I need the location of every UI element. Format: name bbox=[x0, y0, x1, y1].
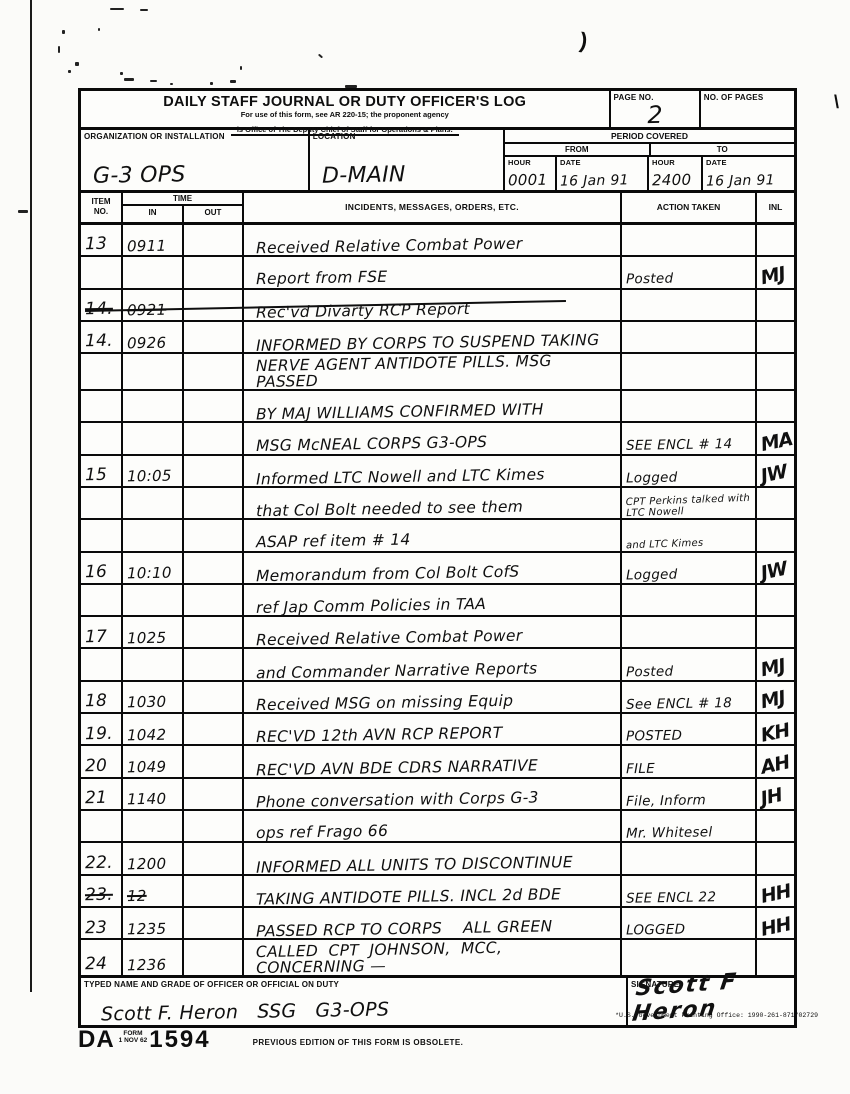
row-action: CPT Perkins talked with LTC Nowell bbox=[626, 493, 752, 519]
row-action-cell bbox=[622, 585, 757, 615]
row-time-out-cell bbox=[184, 391, 244, 421]
row-action-cell: File, Inform bbox=[622, 779, 757, 809]
journal-row: 19. 1042 REC'VD 12th AVN RCP REPORT POST… bbox=[81, 714, 794, 746]
row-action-cell: FILE bbox=[622, 746, 757, 776]
from-hour-cell: HOUR 0001 bbox=[505, 157, 557, 190]
time-in-label: IN bbox=[123, 206, 184, 222]
scan-noise bbox=[124, 78, 134, 81]
row-inl-cell: MA bbox=[757, 423, 794, 453]
da-word: DA bbox=[78, 1026, 115, 1054]
row-text: Informed LTC Nowell and LTC Kimes bbox=[248, 466, 545, 487]
row-inl-cell bbox=[757, 391, 794, 421]
row-action: POSTED bbox=[626, 729, 683, 744]
row-time-in-cell: 1049 bbox=[123, 746, 184, 776]
row-item-cell: 17 bbox=[81, 617, 123, 647]
row-incident-cell: PASSED RCP TO CORPS ALL GREEN bbox=[244, 908, 622, 938]
row-action: Mr. Whitesel bbox=[626, 826, 713, 842]
row-action-cell bbox=[622, 290, 757, 320]
row-time-in-cell bbox=[123, 520, 184, 550]
row-item-cell bbox=[81, 520, 123, 550]
to-hour-value: 2400 bbox=[652, 171, 692, 190]
row-incident-cell: Report from FSE bbox=[244, 257, 622, 287]
row-time-out-cell bbox=[184, 520, 244, 550]
page-no-value: 2 bbox=[610, 100, 699, 130]
organization-cell: ORGANIZATION OR INSTALLATION G-3 OPS bbox=[81, 130, 310, 190]
row-inl-cell: MJ bbox=[757, 682, 794, 712]
row-inl-cell: HH bbox=[757, 908, 794, 938]
row-time-in-cell: 1236 bbox=[123, 940, 184, 975]
row-item-cell: 18 bbox=[81, 682, 123, 712]
row-action-cell: See ENCL # 18 bbox=[622, 682, 757, 712]
row-time-in-cell: 1140 bbox=[123, 779, 184, 809]
row-incident-cell: NERVE AGENT ANTIDOTE PILLS. MSG PASSED bbox=[244, 354, 622, 389]
journal-row: and Commander Narrative Reports Posted M… bbox=[81, 649, 794, 681]
title-band: DAILY STAFF JOURNAL OR DUTY OFFICER'S LO… bbox=[81, 91, 794, 130]
row-text: ops ref Frago 66 bbox=[248, 823, 388, 842]
row-inl-cell: MJ bbox=[757, 257, 794, 287]
row-time-in: 10:05 bbox=[127, 469, 172, 486]
row-inl: AH bbox=[759, 753, 791, 778]
row-text: TAKING ANTIDOTE PILLS. INCL 2d BDE bbox=[248, 886, 561, 908]
scan-noise bbox=[240, 66, 242, 70]
row-text: Memorandum from Col Bolt CofS bbox=[248, 563, 520, 584]
row-time-out-cell bbox=[184, 423, 244, 453]
journal-row: MSG McNEAL CORPS G3-OPS SEE ENCL # 14 MA bbox=[81, 423, 794, 455]
row-item-cell: 21 bbox=[81, 779, 123, 809]
organization-value: G-3 OPS bbox=[93, 162, 186, 189]
row-time-in-cell: 10:10 bbox=[123, 553, 184, 583]
scan-noise bbox=[98, 28, 100, 31]
row-action-cell: Logged bbox=[622, 553, 757, 583]
col-header-inl: INL bbox=[757, 193, 794, 222]
journal-row: 13 0911 Received Relative Combat Power bbox=[81, 225, 794, 257]
row-action-cell: Mr. Whitesel bbox=[622, 811, 757, 841]
journal-row: Report from FSE Posted MJ bbox=[81, 257, 794, 289]
row-inl: HH bbox=[759, 915, 792, 941]
row-incident-cell: BY MAJ WILLIAMS CONFIRMED WITH bbox=[244, 391, 622, 421]
row-text: Received MSG on missing Equip bbox=[248, 693, 514, 714]
row-inl-cell: AH bbox=[757, 746, 794, 776]
row-incident-cell: Memorandum from Col Bolt CofS bbox=[244, 553, 622, 583]
row-incident-cell: Received Relative Combat Power bbox=[244, 225, 622, 255]
row-item-cell bbox=[81, 391, 123, 421]
row-action-cell: POSTED bbox=[622, 714, 757, 744]
row-time-out-cell bbox=[184, 322, 244, 352]
row-time-in: 1025 bbox=[127, 630, 167, 646]
form-subtitle-1: For use of this form, see AR 220-15; the… bbox=[81, 110, 609, 119]
row-item: 19. bbox=[85, 725, 113, 743]
row-action-cell bbox=[622, 322, 757, 352]
row-inl-cell bbox=[757, 520, 794, 550]
row-item-cell bbox=[81, 257, 123, 287]
row-inl-cell: KH bbox=[757, 714, 794, 744]
row-incident-cell: Received Relative Combat Power bbox=[244, 617, 622, 647]
row-action: Logged bbox=[626, 470, 678, 485]
row-time-in-cell: 10:05 bbox=[123, 456, 184, 486]
row-action-cell bbox=[622, 391, 757, 421]
organization-label: ORGANIZATION OR INSTALLATION bbox=[81, 130, 308, 143]
row-action-cell: Posted bbox=[622, 257, 757, 287]
form-number: 1594 bbox=[149, 1026, 210, 1054]
row-time-in: 0926 bbox=[127, 335, 167, 351]
row-item-cell: 19. bbox=[81, 714, 123, 744]
row-text: and Commander Narrative Reports bbox=[248, 660, 538, 681]
row-text: Report from FSE bbox=[248, 269, 388, 288]
row-time-out-cell bbox=[184, 682, 244, 712]
row-text: MSG McNEAL CORPS G3-OPS bbox=[248, 434, 488, 454]
row-inl: KH bbox=[759, 721, 791, 746]
scan-noise bbox=[110, 8, 124, 10]
row-time-out-cell bbox=[184, 714, 244, 744]
scan-noise bbox=[68, 70, 71, 73]
row-inl: MJ bbox=[759, 264, 787, 288]
row-action: File, Inform bbox=[626, 793, 706, 809]
row-text: CALLED CPT JOHNSON, MCC, CONCERNING — bbox=[248, 938, 617, 977]
row-time-in-cell bbox=[123, 649, 184, 679]
row-item-cell bbox=[81, 585, 123, 615]
row-time-in-cell: 12 bbox=[123, 876, 184, 906]
pen-mark-backslash: \ bbox=[834, 92, 839, 113]
row-incident-cell: and Commander Narrative Reports bbox=[244, 649, 622, 679]
org-band: ORGANIZATION OR INSTALLATION G-3 OPS LOC… bbox=[81, 130, 794, 193]
from-hour-label: HOUR bbox=[505, 157, 555, 170]
row-time-out-cell bbox=[184, 843, 244, 873]
row-time-out-cell bbox=[184, 354, 244, 389]
row-action: Posted bbox=[626, 664, 674, 679]
row-incident-cell: TAKING ANTIDOTE PILLS. INCL 2d BDE bbox=[244, 876, 622, 906]
journal-row: 23. 12 TAKING ANTIDOTE PILLS. INCL 2d BD… bbox=[81, 876, 794, 908]
row-inl-cell: HH bbox=[757, 876, 794, 906]
scan-noise bbox=[140, 9, 148, 11]
row-item-cell: 14. bbox=[81, 322, 123, 352]
time-label: TIME bbox=[123, 193, 242, 206]
row-time-in: 1200 bbox=[127, 857, 167, 873]
row-item: 20 bbox=[85, 758, 108, 776]
row-inl-cell bbox=[757, 290, 794, 320]
scan-noise bbox=[18, 210, 28, 213]
from-date-value: 16 Jan 91 bbox=[560, 172, 629, 189]
row-item-cell: 24 bbox=[81, 940, 123, 975]
row-text: ref Jap Comm Policies in TAA bbox=[248, 596, 486, 616]
row-action: Posted bbox=[626, 272, 674, 287]
row-inl-cell: MJ bbox=[757, 649, 794, 679]
row-item: 21 bbox=[85, 790, 108, 808]
form-word: FORM bbox=[123, 1030, 142, 1037]
row-action-cell: LOGGED bbox=[622, 908, 757, 938]
pen-mark-paren: ) bbox=[578, 28, 589, 55]
row-time-in-cell: 0921 bbox=[123, 290, 184, 320]
form-date: 1 NOV 62 bbox=[119, 1037, 148, 1044]
row-time-in-cell bbox=[123, 488, 184, 518]
row-time-in-cell: 1030 bbox=[123, 682, 184, 712]
row-item-cell: 15 bbox=[81, 456, 123, 486]
row-item: 14. bbox=[85, 301, 113, 319]
row-action-cell: and LTC Kimes bbox=[622, 520, 757, 550]
row-action-cell: CPT Perkins talked with LTC Nowell bbox=[622, 488, 757, 518]
journal-row: ref Jap Comm Policies in TAA bbox=[81, 585, 794, 617]
row-time-in: 1042 bbox=[127, 727, 167, 743]
row-text: that Col Bolt needed to see them bbox=[248, 499, 523, 520]
typed-name-cell: TYPED NAME AND GRADE OF OFFICER OR OFFIC… bbox=[81, 978, 628, 1025]
row-item: 15 bbox=[85, 467, 108, 485]
row-time-out-cell bbox=[184, 940, 244, 975]
row-time-in-cell bbox=[123, 391, 184, 421]
row-incident-cell: ops ref Frago 66 bbox=[244, 811, 622, 841]
typed-name-label: TYPED NAME AND GRADE OF OFFICER OR OFFIC… bbox=[81, 978, 626, 991]
to-date-value: 16 Jan 91 bbox=[706, 172, 775, 189]
location-label: LOCATION bbox=[310, 130, 503, 143]
row-inl-cell: JW bbox=[757, 553, 794, 583]
period-covered-cell: PERIOD COVERED FROM TO HOUR 0001 DATE 16… bbox=[505, 130, 794, 190]
location-value: D-MAIN bbox=[322, 162, 406, 188]
page-no-cell: PAGE NO. 2 bbox=[611, 91, 701, 127]
row-time-in: 12 bbox=[127, 889, 147, 905]
row-text: REC'VD 12th AVN RCP REPORT bbox=[248, 725, 503, 746]
row-action: See ENCL # 18 bbox=[626, 696, 732, 712]
to-label: TO bbox=[651, 144, 795, 155]
row-item-cell: 13 bbox=[81, 225, 123, 255]
to-hour-label: HOUR bbox=[649, 157, 701, 170]
journal-row: 16 10:10 Memorandum from Col Bolt CofS L… bbox=[81, 553, 794, 585]
row-time-in-cell: 0911 bbox=[123, 225, 184, 255]
row-inl-cell bbox=[757, 488, 794, 518]
row-inl: HH bbox=[759, 882, 792, 908]
journal-row: 22. 1200 INFORMED ALL UNITS TO DISCONTIN… bbox=[81, 843, 794, 875]
scan-noise bbox=[170, 83, 173, 85]
row-inl: JW bbox=[759, 462, 789, 487]
journal-row: NERVE AGENT ANTIDOTE PILLS. MSG PASSED bbox=[81, 354, 794, 391]
row-item-cell bbox=[81, 488, 123, 518]
row-item: 23 bbox=[85, 919, 108, 937]
row-action-cell bbox=[622, 225, 757, 255]
from-date-label: DATE bbox=[557, 157, 647, 170]
row-incident-cell: Rec'vd Divarty RCP Report bbox=[244, 290, 622, 320]
no-of-pages-label: NO. OF PAGES bbox=[701, 91, 794, 104]
row-action: LOGGED bbox=[626, 923, 686, 938]
row-incident-cell: Received MSG on missing Equip bbox=[244, 682, 622, 712]
row-action-cell bbox=[622, 617, 757, 647]
obsolete-note: PREVIOUS EDITION OF THIS FORM IS OBSOLET… bbox=[253, 1038, 464, 1047]
row-inl-cell bbox=[757, 225, 794, 255]
row-item: 24 bbox=[85, 956, 108, 974]
form-edition-date: FORM 1 NOV 62 bbox=[119, 1030, 148, 1044]
row-inl-cell bbox=[757, 322, 794, 352]
row-incident-cell: REC'VD AVN BDE CDRS NARRATIVE bbox=[244, 746, 622, 776]
row-text: BY MAJ WILLIAMS CONFIRMED WITH bbox=[248, 401, 544, 422]
row-incident-cell: MSG McNEAL CORPS G3-OPS bbox=[244, 423, 622, 453]
row-time-in: 0911 bbox=[127, 238, 167, 254]
scan-noise bbox=[75, 62, 79, 66]
row-inl-cell: JW bbox=[757, 456, 794, 486]
row-inl-cell bbox=[757, 354, 794, 389]
row-item-cell bbox=[81, 811, 123, 841]
row-incident-cell: CALLED CPT JOHNSON, MCC, CONCERNING — bbox=[244, 940, 622, 975]
journal-row: 14. 0921 Rec'vd Divarty RCP Report bbox=[81, 290, 794, 322]
row-time-in-cell: 1042 bbox=[123, 714, 184, 744]
item-label-line2: NO. bbox=[81, 207, 121, 217]
row-item-cell: 20 bbox=[81, 746, 123, 776]
gpo-imprint: *U.S. Government Printing Office: 1990-2… bbox=[615, 1012, 818, 1019]
row-time-out-cell bbox=[184, 257, 244, 287]
row-time-in: 1049 bbox=[127, 760, 167, 776]
col-header-incidents: INCIDENTS, MESSAGES, ORDERS, ETC. bbox=[244, 193, 622, 222]
scan-noise bbox=[150, 80, 157, 82]
row-text: NERVE AGENT ANTIDOTE PILLS. MSG PASSED bbox=[248, 352, 617, 391]
row-time-out-cell bbox=[184, 811, 244, 841]
column-header-row: ITEM NO. TIME IN OUT INCIDENTS, MESSAGES… bbox=[81, 193, 794, 225]
row-incident-cell: Phone conversation with Corps G-3 bbox=[244, 779, 622, 809]
from-date-cell: DATE 16 Jan 91 bbox=[557, 157, 649, 190]
row-item: 14. bbox=[85, 333, 113, 351]
col-header-time: TIME IN OUT bbox=[123, 193, 244, 222]
row-item: 16 bbox=[85, 564, 108, 582]
row-item-cell bbox=[81, 649, 123, 679]
location-cell: LOCATION D-MAIN bbox=[310, 130, 505, 190]
row-time-in-cell: 1200 bbox=[123, 843, 184, 873]
form-footer: *U.S. Government Printing Office: 1990-2… bbox=[78, 1026, 818, 1054]
row-time-out-cell bbox=[184, 456, 244, 486]
journal-row: ASAP ref item # 14 and LTC Kimes bbox=[81, 520, 794, 552]
row-action: and LTC Kimes bbox=[626, 537, 704, 551]
row-item-cell: 14. bbox=[81, 290, 123, 320]
row-incident-cell: Informed LTC Nowell and LTC Kimes bbox=[244, 456, 622, 486]
row-time-in: 1235 bbox=[127, 921, 167, 937]
from-hour-value: 0001 bbox=[508, 171, 548, 190]
row-time-in-cell bbox=[123, 354, 184, 389]
journal-row: that Col Bolt needed to see them CPT Per… bbox=[81, 488, 794, 520]
row-time-in-cell: 1235 bbox=[123, 908, 184, 938]
to-hour-cell: HOUR 2400 bbox=[649, 157, 703, 190]
col-header-item-no: ITEM NO. bbox=[81, 193, 123, 222]
row-action: Logged bbox=[626, 567, 678, 582]
to-date-label: DATE bbox=[703, 157, 794, 170]
row-time-in-cell bbox=[123, 423, 184, 453]
row-text: REC'VD AVN BDE CDRS NARRATIVE bbox=[248, 757, 538, 778]
row-item: 18 bbox=[85, 693, 108, 711]
row-incident-cell: ASAP ref item # 14 bbox=[244, 520, 622, 550]
row-item-cell: 22. bbox=[81, 843, 123, 873]
journal-row: 24 1236 CALLED CPT JOHNSON, MCC, CONCERN… bbox=[81, 940, 794, 975]
item-label-line1: ITEM bbox=[81, 197, 121, 207]
journal-row: 20 1049 REC'VD AVN BDE CDRS NARRATIVE FI… bbox=[81, 746, 794, 778]
row-item: 13 bbox=[85, 236, 108, 254]
row-time-in: 0921 bbox=[127, 303, 167, 319]
row-action: SEE ENCL 22 bbox=[626, 890, 716, 906]
row-time-out-cell bbox=[184, 553, 244, 583]
row-text: PASSED RCP TO CORPS ALL GREEN bbox=[248, 919, 553, 941]
row-item-cell: 16 bbox=[81, 553, 123, 583]
row-text: Received Relative Combat Power bbox=[248, 628, 523, 649]
row-incident-cell: INFORMED ALL UNITS TO DISCONTINUE bbox=[244, 843, 622, 873]
row-time-in-cell: 1025 bbox=[123, 617, 184, 647]
scan-noise bbox=[230, 80, 236, 83]
row-time-in: 10:10 bbox=[127, 566, 172, 583]
scan-noise bbox=[120, 72, 123, 75]
row-action-cell bbox=[622, 843, 757, 873]
row-text: Received Relative Combat Power bbox=[248, 236, 523, 257]
row-action-cell: SEE ENCL 22 bbox=[622, 876, 757, 906]
journal-row: 15 10:05 Informed LTC Nowell and LTC Kim… bbox=[81, 456, 794, 488]
row-action-cell bbox=[622, 354, 757, 389]
row-time-out-cell bbox=[184, 290, 244, 320]
row-time-out-cell bbox=[184, 649, 244, 679]
to-date-cell: DATE 16 Jan 91 bbox=[703, 157, 794, 190]
row-item-cell bbox=[81, 423, 123, 453]
row-action-cell: Logged bbox=[622, 456, 757, 486]
row-time-out-cell bbox=[184, 225, 244, 255]
row-action: SEE ENCL # 14 bbox=[626, 437, 733, 453]
period-covered-label: PERIOD COVERED bbox=[505, 130, 794, 144]
row-time-out-cell bbox=[184, 746, 244, 776]
row-time-out-cell bbox=[184, 908, 244, 938]
row-inl: JH bbox=[759, 786, 784, 810]
row-action-cell: Posted bbox=[622, 649, 757, 679]
form-title-cell: DAILY STAFF JOURNAL OR DUTY OFFICER'S LO… bbox=[81, 91, 611, 127]
row-incident-cell: that Col Bolt needed to see them bbox=[244, 488, 622, 518]
da-form-1594: DAILY STAFF JOURNAL OR DUTY OFFICER'S LO… bbox=[78, 88, 797, 1028]
scan-noise bbox=[62, 30, 65, 34]
journal-row: ops ref Frago 66 Mr. Whitesel bbox=[81, 811, 794, 843]
from-label: FROM bbox=[505, 144, 651, 155]
row-time-in-cell bbox=[123, 811, 184, 841]
journal-rows: 13 0911 Received Relative Combat Power R… bbox=[81, 225, 794, 978]
row-inl-cell bbox=[757, 585, 794, 615]
row-time-in: 1140 bbox=[127, 792, 167, 808]
row-incident-cell: INFORMED BY CORPS TO SUSPEND TAKING bbox=[244, 322, 622, 352]
typed-name-value: Scott F. Heron SSG G3-OPS bbox=[101, 998, 390, 1025]
row-time-out-cell bbox=[184, 617, 244, 647]
row-time-in-cell: 0926 bbox=[123, 322, 184, 352]
journal-row: 17 1025 Received Relative Combat Power bbox=[81, 617, 794, 649]
row-inl: MJ bbox=[759, 657, 787, 681]
col-header-action: ACTION TAKEN bbox=[622, 193, 757, 222]
row-time-out-cell bbox=[184, 585, 244, 615]
row-text: Rec'vd Divarty RCP Report bbox=[248, 301, 470, 321]
row-inl-cell bbox=[757, 811, 794, 841]
row-time-out-cell bbox=[184, 488, 244, 518]
row-inl: MJ bbox=[759, 689, 787, 713]
row-time-in-cell bbox=[123, 257, 184, 287]
row-inl-cell bbox=[757, 843, 794, 873]
row-time-out-cell bbox=[184, 779, 244, 809]
row-incident-cell: REC'VD 12th AVN RCP REPORT bbox=[244, 714, 622, 744]
journal-row: 18 1030 Received MSG on missing Equip Se… bbox=[81, 682, 794, 714]
row-time-in: 1030 bbox=[127, 695, 167, 711]
journal-row: BY MAJ WILLIAMS CONFIRMED WITH bbox=[81, 391, 794, 423]
row-text: ASAP ref item # 14 bbox=[248, 532, 411, 551]
row-time-in: 1236 bbox=[127, 958, 167, 974]
row-inl: JW bbox=[759, 559, 789, 584]
row-incident-cell: ref Jap Comm Policies in TAA bbox=[244, 585, 622, 615]
scan-noise bbox=[58, 46, 60, 53]
scan-edge-line bbox=[30, 0, 32, 992]
row-item: 17 bbox=[85, 628, 108, 646]
journal-row: 14. 0926 INFORMED BY CORPS TO SUSPEND TA… bbox=[81, 322, 794, 354]
row-inl-cell bbox=[757, 617, 794, 647]
no-of-pages-cell: NO. OF PAGES bbox=[701, 91, 794, 127]
row-inl-cell: JH bbox=[757, 779, 794, 809]
scan-noise bbox=[210, 82, 213, 85]
row-text: Phone conversation with Corps G-3 bbox=[248, 789, 539, 810]
row-action: FILE bbox=[626, 761, 655, 776]
row-time-out-cell bbox=[184, 876, 244, 906]
row-item-cell: 23. bbox=[81, 876, 123, 906]
journal-row: 23 1235 PASSED RCP TO CORPS ALL GREEN LO… bbox=[81, 908, 794, 940]
row-text: INFORMED ALL UNITS TO DISCONTINUE bbox=[248, 854, 573, 876]
form-title: DAILY STAFF JOURNAL OR DUTY OFFICER'S LO… bbox=[81, 94, 609, 110]
row-item: 23. bbox=[85, 887, 113, 905]
row-item-cell: 23 bbox=[81, 908, 123, 938]
